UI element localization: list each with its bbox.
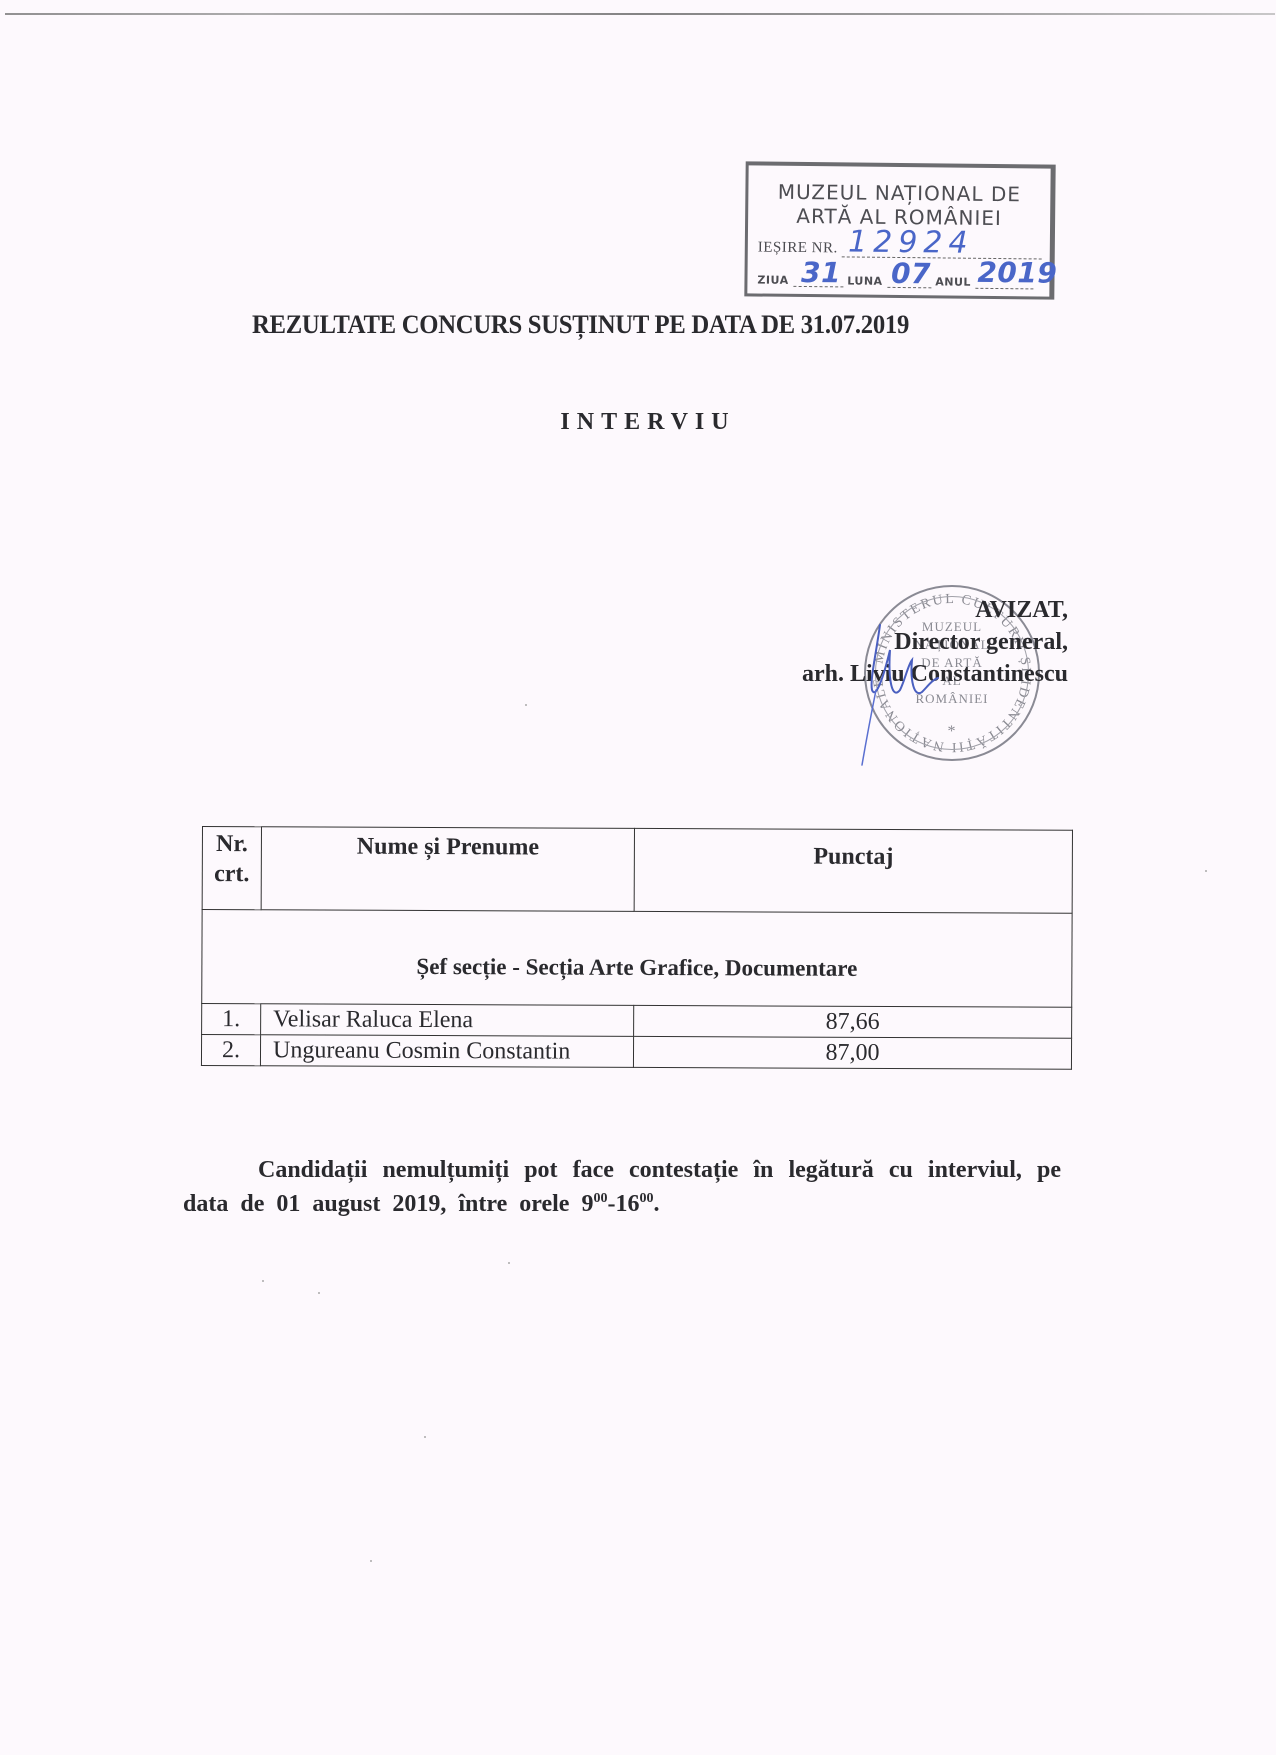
section-row: Șef secție - Secția Arte Grafice, Docume…: [202, 910, 1072, 1008]
table-row: 2. Ungureanu Cosmin Constantin 87,00: [201, 1035, 1071, 1070]
scan-speck: [318, 1292, 320, 1294]
stamp-month-value: 07: [891, 257, 931, 290]
table-row: 1. Velisar Raluca Elena 87,66: [202, 1004, 1072, 1039]
stamp-year-field: 2019: [975, 272, 1033, 290]
stamp-day-field: 31: [793, 270, 843, 288]
stamp-month-field: 07: [887, 271, 931, 288]
scan-speck: [370, 1560, 372, 1562]
stamp-date-row: ZIUA 31 LUNA 07 ANUL 2019: [757, 270, 1033, 290]
stamp-year-label: ANUL: [935, 275, 971, 288]
row-name: Ungureanu Cosmin Constantin: [260, 1035, 633, 1068]
notice-end-minutes: 00: [639, 1191, 653, 1206]
document-subtitle: INTERVIU: [0, 409, 1276, 436]
registration-stamp: MUZEUL NAȚIONAL DE ARTĂ AL ROMÂNIEI IEȘI…: [744, 161, 1055, 299]
header-nr: Nr.crt.: [202, 827, 261, 910]
document-title: REZULTATE CONCURS SUSȚINUT PE DATA DE 31…: [252, 310, 1022, 340]
stamp-day-value: 31: [801, 256, 841, 289]
table-header-row: Nr.crt. Nume și Prenume Punctaj: [202, 827, 1072, 914]
scan-speck: [1205, 870, 1207, 872]
appeal-notice: Candidații nemulțumiți pot face contesta…: [183, 1153, 1061, 1221]
row-score: 87,00: [633, 1036, 1071, 1069]
stamp-day-label: ZIUA: [757, 274, 788, 287]
results-table: Nr.crt. Nume și Prenume Punctaj Șef secț…: [201, 826, 1073, 1070]
notice-start-hour: 9: [581, 1191, 593, 1217]
scan-speck: [525, 704, 527, 706]
scan-speck: [262, 1280, 264, 1282]
header-nr-label: Nr.crt.: [214, 831, 249, 887]
row-name: Velisar Raluca Elena: [261, 1004, 634, 1037]
stamp-month-label: LUNA: [847, 274, 882, 287]
header-name: Nume și Prenume: [261, 827, 634, 912]
header-score: Punctaj: [634, 828, 1072, 913]
notice-end-hour: 16: [615, 1191, 639, 1217]
stamp-year-value: 2019: [977, 256, 1057, 290]
row-score: 87,66: [634, 1005, 1072, 1038]
signature-icon: [850, 620, 960, 770]
stamp-institution-line1: MUZEUL NAȚIONAL DE: [748, 179, 1050, 206]
row-nr: 2.: [201, 1035, 260, 1066]
stamp-exit-number: 12924: [848, 224, 974, 260]
notice-end-punct: .: [653, 1191, 659, 1217]
section-title: Șef secție - Secția Arte Grafice, Docume…: [202, 910, 1072, 1008]
scan-top-edge: [5, 13, 1275, 15]
scan-speck: [508, 1262, 510, 1264]
scan-speck: [424, 1436, 426, 1438]
stamp-exit-label: IEȘIRE NR.: [758, 240, 838, 257]
row-nr: 1.: [202, 1004, 261, 1035]
notice-start-minutes: 00: [593, 1191, 607, 1206]
